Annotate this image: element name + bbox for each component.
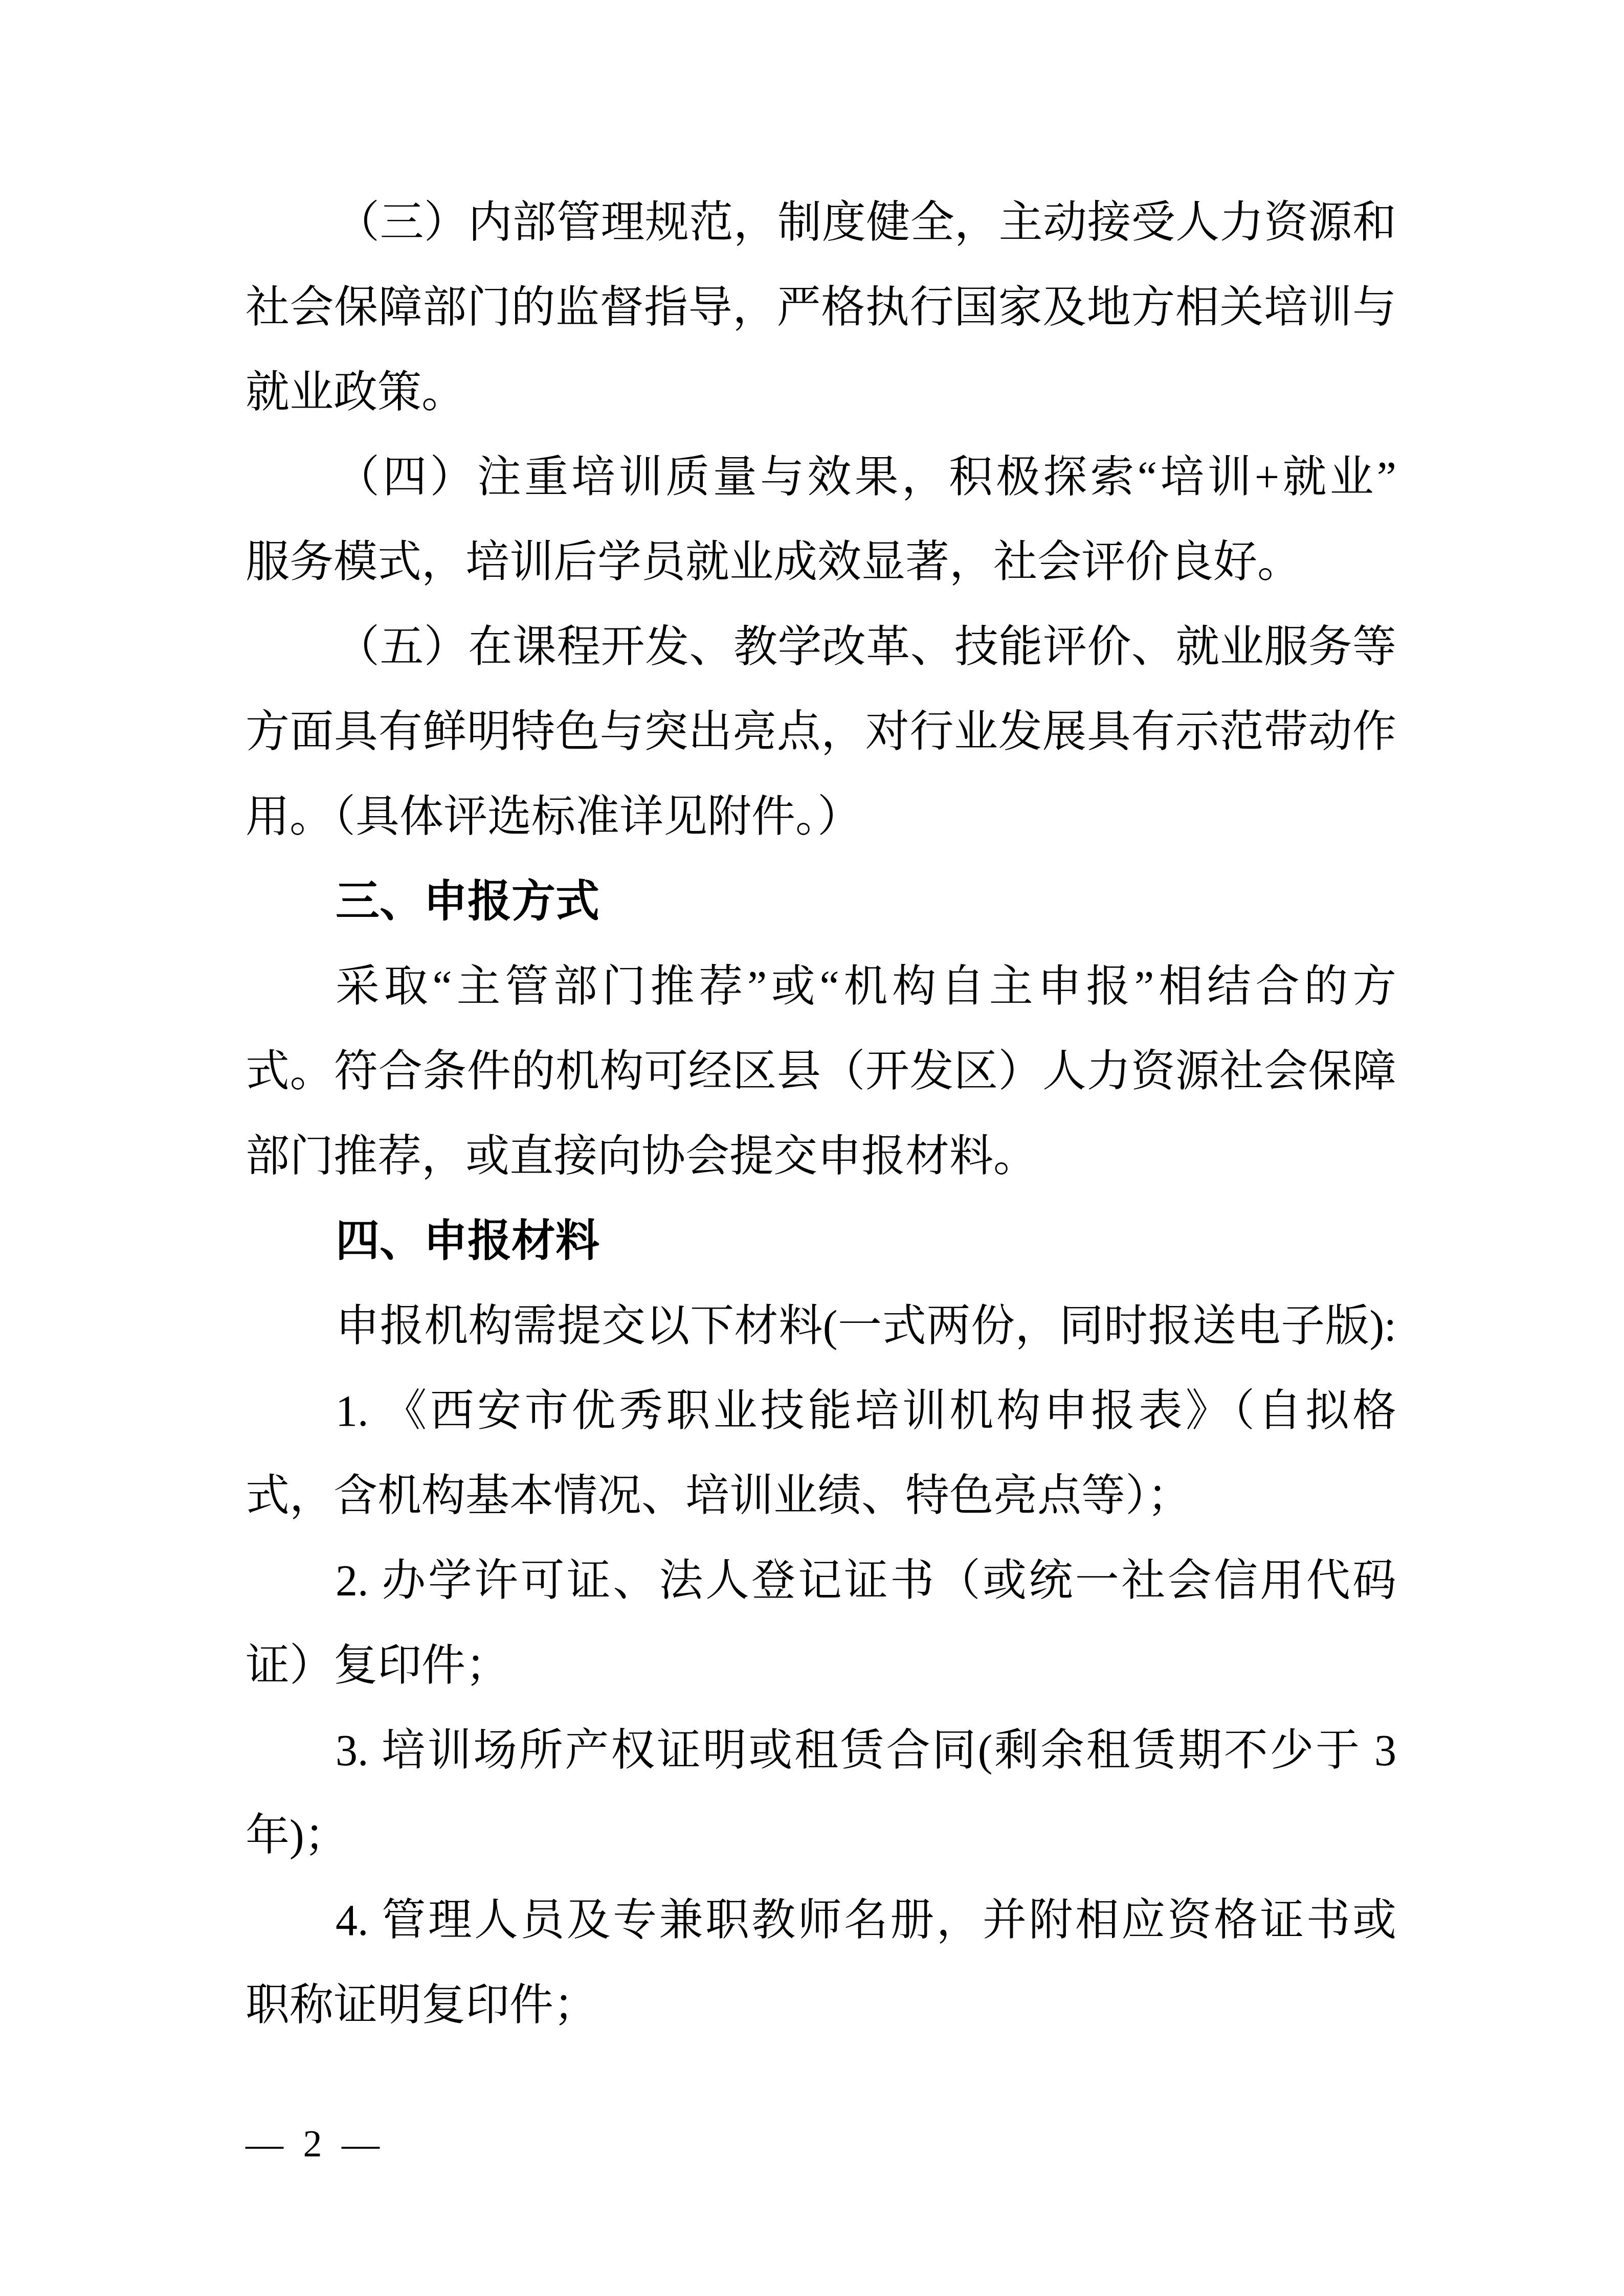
text-line: 年)； (246, 1793, 1396, 1878)
text-line: （四）注重培训质量与效果，积极探索“培训+就业” (246, 435, 1396, 520)
page-number: — 2 — (246, 2111, 385, 2177)
text-line: 部门推荐，或直接向协会提交申报材料。 (246, 1114, 1396, 1199)
text-line: （五）在课程开发、教学改革、技能评价、就业服务等 (246, 604, 1396, 689)
text-line: 就业政策。 (246, 350, 1396, 435)
list-item-4: 4. 管理人员及专兼职教师名册，并附相应资格证书或 (246, 1878, 1396, 1963)
text-line: 方面具有鲜明特色与突出亮点，对行业发展具有示范带动作 (246, 689, 1396, 774)
text-line: （三）内部管理规范，制度健全，主动接受人力资源和 (246, 180, 1396, 265)
text-line: 申报机构需提交以下材料(一式两份，同时报送电子版): (246, 1284, 1396, 1368)
list-item-1: 1. 《西安市优秀职业技能培训机构申报表》（自拟格 (246, 1368, 1396, 1453)
document-page: （三）内部管理规范，制度健全，主动接受人力资源和 社会保障部门的监督指导，严格执… (0, 0, 1624, 2296)
text-line: 服务模式，培训后学员就业成效显著，社会评价良好。 (246, 520, 1396, 604)
section-heading-application-method: 三、申报方式 (246, 859, 1396, 944)
list-item-2: 2. 办学许可证、法人登记证书（或统一社会信用代码 (246, 1538, 1396, 1623)
text-line: 证）复印件； (246, 1623, 1396, 1708)
text-line: 式，含机构基本情况、培训业绩、特色亮点等）； (246, 1453, 1396, 1538)
text-line: 职称证明复印件； (246, 1963, 1396, 2047)
document-body: （三）内部管理规范，制度健全，主动接受人力资源和 社会保障部门的监督指导，严格执… (246, 180, 1396, 2047)
section-heading-application-materials: 四、申报材料 (246, 1199, 1396, 1284)
text-line: 用。（具体评选标准详见附件。） (246, 774, 1396, 859)
text-line: 采取“主管部门推荐”或“机构自主申报”相结合的方 (246, 944, 1396, 1029)
list-item-3: 3. 培训场所产权证明或租赁合同(剩余租赁期不少于 3 (246, 1708, 1396, 1793)
text-line: 式。符合条件的机构可经区县（开发区）人力资源社会保障 (246, 1029, 1396, 1114)
text-line: 社会保障部门的监督指导，严格执行国家及地方相关培训与 (246, 265, 1396, 350)
